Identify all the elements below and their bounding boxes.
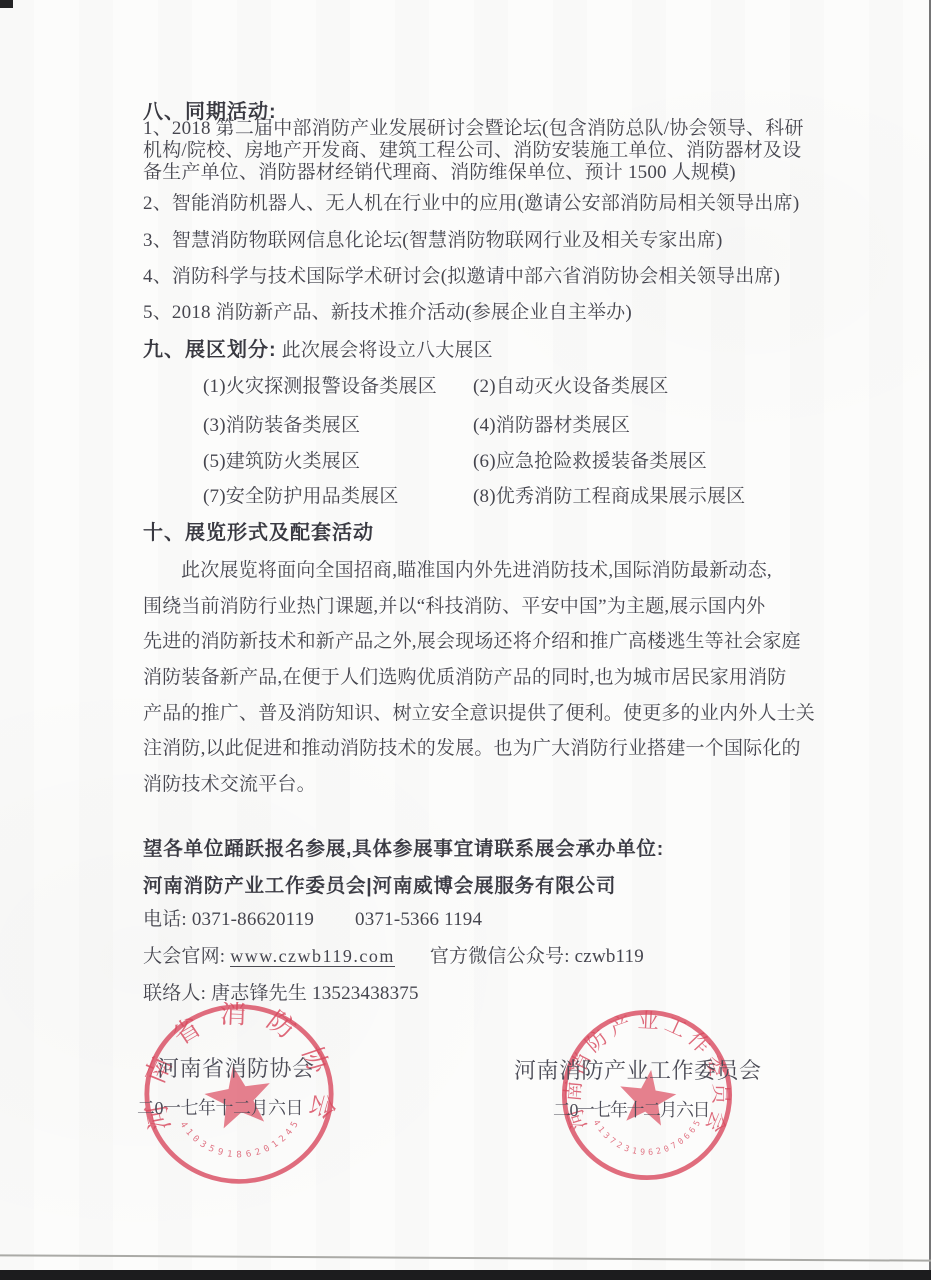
phone-number-2: 0371-5366 1194 [355,909,482,930]
right-signature-org: 河南消防产业工作委员会 [514,1054,762,1085]
section10-line3: 先进的消防新技术和新产品之外,展会现场还将介绍和推广高楼逃生等社会家庭 [143,626,801,653]
section9-title: 九、展区划分: 此次展会将设立八大展区 [143,333,493,362]
contact-person-label: 联络人: [143,983,206,1004]
wechat-label: 官方微信公众号: [430,946,570,967]
section8-item1-line3: 备生产单位、消防器材经销代理商、消防维保单位、预计 1500 人规模) [143,162,736,184]
section9-title-rest: 此次展会将设立八大展区 [282,340,493,361]
section10-line7: 消防技术交流平台。 [143,769,316,796]
left-signature-org: 河南省消防协会 [157,1052,315,1083]
contact-person-line: 联络人: 唐志锋先生 13523438375 [143,978,419,1005]
section9-title-bold: 九、展区划分: [143,339,277,361]
scan-corner-artifact [0,0,13,8]
section10-line4: 消防装备新产品,在便于人们选购优质消防产品的同时,也为城市居民家用消防 [143,662,787,689]
zone-item-6: (6)应急抢险救援装备类展区 [473,446,707,473]
section8-item3: 3、智慧消防物联网信息化论坛(智慧消防物联网行业及相关专家出席) [143,225,723,252]
phone-line: 电话: 0371-86620119 0371-5366 1194 [143,904,482,931]
section10-line2: 围绕当前消防行业热门课题,并以“科技消防、平安中国”为主题,展示国内外 [143,591,765,618]
zone-item-5: (5)建筑防火类展区 [203,446,360,473]
section10-line6: 注消防,以此促进和推动消防技术的发展。也为广大消防行业搭建一个国际化的 [143,733,801,760]
section8-item1-line2: 机构/院校、房地产开发商、建筑工程公司、消防安装施工单位、消防器材及设 [143,140,801,162]
zone-item-8: (8)优秀消防工程商成果展示展区 [473,481,745,508]
right-red-seal: 河南消防产业工作委员会 41372319620706658 [560,1008,734,1182]
wechat-id: czwb119 [575,946,644,967]
paper-bottom-edge [0,1254,931,1261]
zone-item-1: (1)火灾探测报警设备类展区 [203,371,437,398]
website-line: 大会官网: www.czwb119.com 官方微信公众号: czwb119 [143,941,644,968]
section8-item2: 2、智能消防机器人、无人机在行业中的应用(邀请公安部消防局相关领导出席) [143,188,799,215]
right-signature-date: 二0一七年十二月六日 [553,1096,709,1122]
section8-item1-line1: 1、2018 第二届中部消防产业发展研讨会暨论坛(包含消防总队/协会领导、科研 [143,118,804,140]
contact-callout: 望各单位踊跃报名参展,具体参展事宜请联系展会承办单位: [143,833,664,861]
section10-line1: 此次展览将面向全国招商,瞄准国内外先进消防技术,国际消防最新动态, [181,555,772,582]
zone-item-3: (3)消防装备类展区 [203,410,360,437]
section8-item5: 5、2018 消防新产品、新技术推介活动(参展企业自主举办) [143,297,632,324]
section10-title: 十、展览形式及配套活动 [143,516,374,545]
website-url: www.czwb119.com [230,946,395,967]
website-label: 大会官网: [143,946,225,967]
organizer-names: 河南消防产业工作委员会|河南威博会展服务有限公司 [143,870,616,898]
phone-number-1: 0371-86620119 [192,909,314,930]
zone-item-2: (2)自动灭火设备类展区 [473,371,669,398]
zone-item-7: (7)安全防护用品类展区 [203,481,399,508]
left-signature-date: 二0一七年十二月六日 [137,1094,303,1120]
contact-person-value: 唐志锋先生 13523438375 [211,983,419,1004]
scanner-bottom-band [0,1270,931,1280]
section10-line5: 产品的推广、普及消防知识、树立安全意识提供了便利。使更多的业内外人士关 [143,698,815,725]
scanned-document-page: 八、同期活动: 1、2018 第二届中部消防产业发展研讨会暨论坛(包含消防总队/… [0,0,931,1280]
section8-item4: 4、消防科学与技术国际学术研讨会(拟邀请中部六省消防协会相关领导出席) [143,261,780,288]
zone-item-4: (4)消防器材类展区 [473,410,630,437]
phone-label: 电话: [143,909,187,930]
